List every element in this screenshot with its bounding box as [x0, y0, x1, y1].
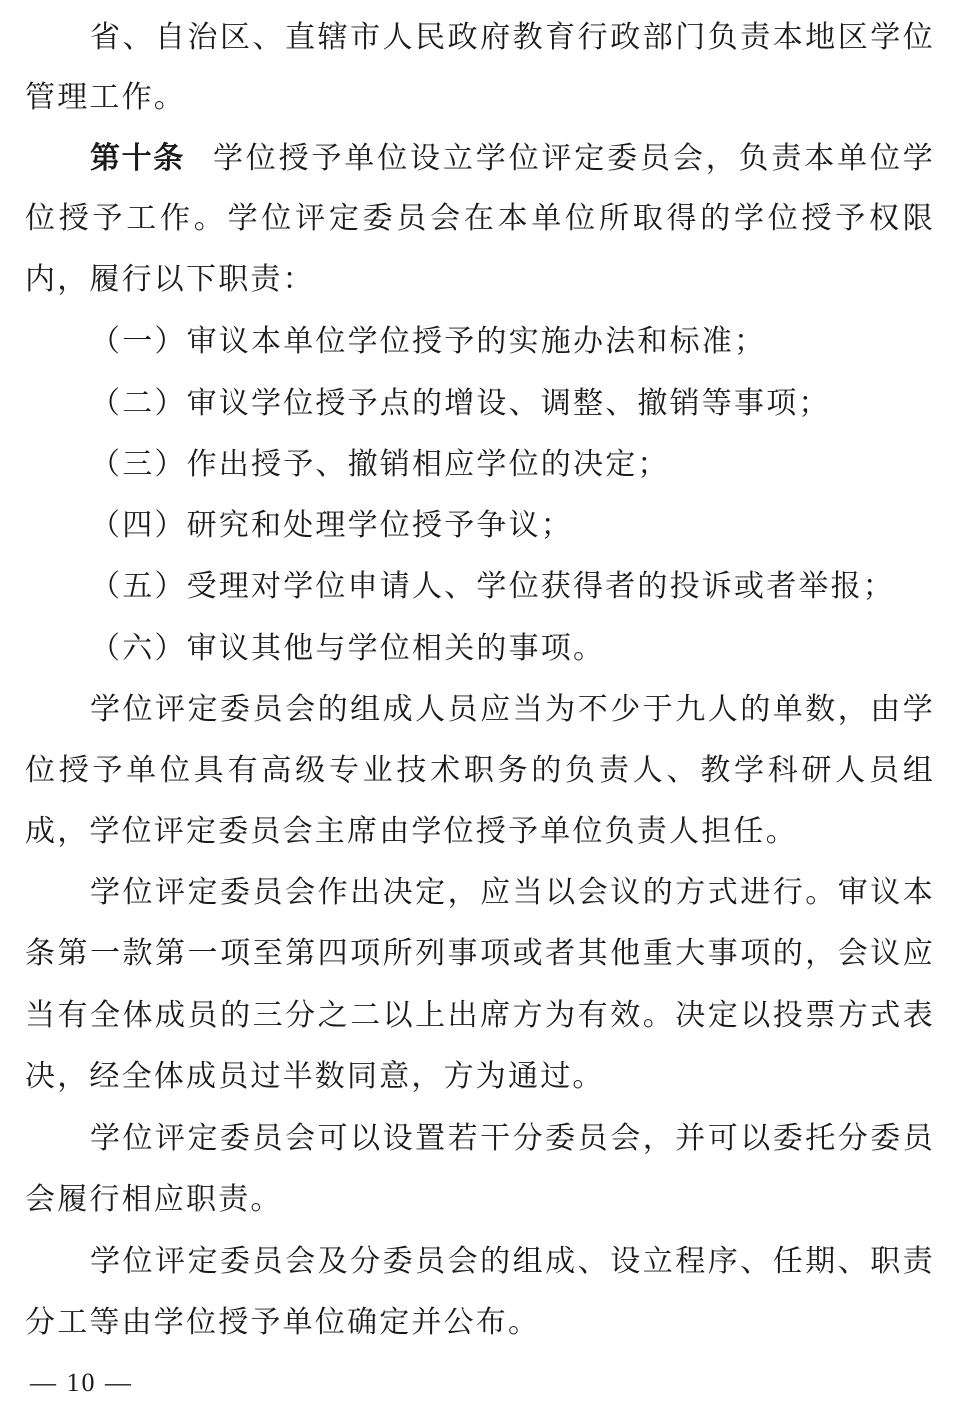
duty-item: （四）研究和处理学位授予争议；: [90, 506, 935, 546]
article-text: 学位授予单位设立学位评定委员会，负责本单位学: [213, 141, 935, 176]
paragraph-line: 当有全体成员的三分之二以上出席方为有效。决定以投票方式表: [25, 996, 935, 1036]
duty-item: （五）受理对学位申请人、学位获得者的投诉或者举报；: [90, 567, 935, 607]
document-page: 省、自治区、直辖市人民政府教育行政部门负责本地区学位 管理工作。 第十条学位授予…: [0, 0, 958, 1416]
duty-item: （六）审议其他与学位相关的事项。: [90, 629, 935, 669]
duty-item: （三）作出授予、撤销相应学位的决定；: [90, 445, 935, 485]
paragraph-line: 位授予单位具有高级专业技术职务的负责人、教学科研人员组: [25, 751, 935, 791]
paragraph-line: 决，经全体成员过半数同意，方为通过。: [25, 1057, 935, 1097]
paragraph-line: 位授予工作。学位评定委员会在本单位所取得的学位授予权限: [25, 199, 935, 239]
page-number: — 10 —: [30, 1366, 133, 1400]
paragraph-line: 学位评定委员会可以设置若干分委员会，并可以委托分委员: [90, 1119, 935, 1159]
article-number: 第十条: [90, 141, 185, 176]
duty-item: （一）审议本单位学位授予的实施办法和标准；: [90, 322, 935, 362]
article-10-first-line: 第十条学位授予单位设立学位评定委员会，负责本单位学: [90, 139, 935, 179]
paragraph-line: 分工等由学位授予单位确定并公布。: [25, 1303, 935, 1343]
paragraph-line: 学位评定委员会作出决定，应当以会议的方式进行。审议本: [90, 873, 935, 913]
duty-item: （二）审议学位授予点的增设、调整、撤销等事项；: [90, 384, 935, 424]
paragraph-line: 省、自治区、直辖市人民政府教育行政部门负责本地区学位: [90, 18, 935, 58]
paragraph-line: 成，学位评定委员会主席由学位授予单位负责人担任。: [25, 812, 935, 852]
paragraph-line: 内，履行以下职责：: [25, 260, 935, 300]
paragraph-line: 学位评定委员会及分委员会的组成、设立程序、任期、职责: [90, 1242, 935, 1282]
paragraph-line: 条第一款第一项至第四项所列事项或者其他重大事项的，会议应: [25, 934, 935, 974]
paragraph-line: 学位评定委员会的组成人员应当为不少于九人的单数，由学: [90, 690, 935, 730]
paragraph-line: 管理工作。: [25, 78, 935, 118]
paragraph-line: 会履行相应职责。: [25, 1180, 935, 1220]
